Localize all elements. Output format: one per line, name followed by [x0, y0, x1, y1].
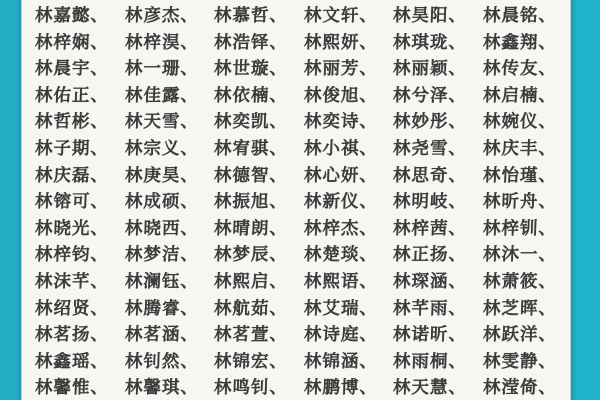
name-item: 林尧雪、 [393, 135, 468, 160]
name-item: 林鑫翔、 [483, 29, 558, 54]
name-item: 林佑正、 [35, 82, 110, 107]
names-panel: 林嘉懿、林彦杰、林慕哲、林文轩、林昊阳、林晨铭、林梓娴、林梓淏、林浩铎、林熙妍、… [21, 0, 571, 400]
name-item: 林昊阳、 [393, 2, 468, 27]
name-item: 林子期、 [35, 135, 110, 160]
name-item: 林丽芳、 [303, 55, 378, 80]
name-item: 林新仪、 [303, 188, 378, 213]
name-item: 林锦宏、 [214, 348, 289, 373]
name-row: 林镕可、林成硕、林振旭、林新仪、林明岐、林昕舟、 [35, 188, 557, 215]
name-item: 林楚琰、 [303, 241, 378, 266]
name-item: 林奕凯、 [214, 108, 289, 133]
name-item: 林馨琪、 [124, 374, 199, 399]
name-row: 林沫芊、林澜钰、林熙启、林熙语、林琛涵、林萧筱、 [35, 268, 557, 295]
name-item: 林晓光、 [35, 215, 110, 240]
name-item: 林佳露、 [124, 82, 199, 107]
name-item: 林熙妍、 [303, 29, 378, 54]
name-item: 林茗萱、 [214, 321, 289, 346]
name-item: 林梓钧、 [35, 241, 110, 266]
name-item: 林腾睿、 [124, 295, 199, 320]
name-item: 林航茹、 [214, 295, 289, 320]
name-row: 林馨惟、林馨琪、林鸣钊、林鹏博、林天慧、林滢倚、 [35, 374, 557, 400]
name-item: 林兮泽、 [393, 82, 468, 107]
name-item: 林心妍、 [303, 162, 378, 187]
name-item: 林德智、 [214, 162, 289, 187]
name-item: 林芊雨、 [393, 295, 468, 320]
name-item: 林妙彤、 [393, 108, 468, 133]
name-item: 林梓淏、 [124, 29, 199, 54]
name-row: 林绍贤、林腾睿、林航茹、林艾瑞、林芊雨、林芝晖、 [35, 295, 557, 322]
name-item: 林启楠、 [483, 82, 558, 107]
name-item: 林浩铎、 [214, 29, 289, 54]
name-row: 林庆磊、林庚昊、林德智、林心妍、林思奇、林怡瑾、 [35, 162, 557, 189]
name-item: 林梦辰、 [214, 241, 289, 266]
name-item: 林小祺、 [303, 135, 378, 160]
name-item: 林晴朗、 [214, 215, 289, 240]
name-item: 林俊旭、 [303, 82, 378, 107]
name-item: 林一珊、 [124, 55, 199, 80]
name-item: 林琪珑、 [393, 29, 468, 54]
name-item: 林琛涵、 [393, 268, 468, 293]
name-item: 林传友、 [483, 55, 558, 80]
name-item: 林澜钰、 [124, 268, 199, 293]
name-item: 林丽颖、 [393, 55, 468, 80]
name-row: 林茗扬、林茗涵、林茗萱、林诗庭、林诺昕、林跃洋、 [35, 321, 557, 348]
name-item: 林艾瑞、 [303, 295, 378, 320]
name-item: 林明岐、 [393, 188, 468, 213]
name-item: 林慕哲、 [214, 2, 289, 27]
name-item: 林昕舟、 [483, 188, 558, 213]
name-item: 林诗庭、 [303, 321, 378, 346]
name-item: 林文轩、 [303, 2, 378, 27]
name-item: 林镕可、 [35, 188, 110, 213]
name-item: 林梓杰、 [303, 215, 378, 240]
name-item: 林熙启、 [214, 268, 289, 293]
name-item: 林哲彬、 [35, 108, 110, 133]
name-item: 林馨惟、 [35, 374, 110, 399]
name-item: 林奕诗、 [303, 108, 378, 133]
name-item: 林婉仪、 [483, 108, 558, 133]
name-item: 林世璇、 [214, 55, 289, 80]
name-item: 林庆磊、 [35, 162, 110, 187]
page-background: 林嘉懿、林彦杰、林慕哲、林文轩、林昊阳、林晨铭、林梓娴、林梓淏、林浩铎、林熙妍、… [0, 0, 600, 400]
name-item: 林宗义、 [124, 135, 199, 160]
name-row: 林晨宇、林一珊、林世璇、林丽芳、林丽颖、林传友、 [35, 55, 557, 82]
name-item: 林依楠、 [214, 82, 289, 107]
name-row: 林梓钧、林梦洁、林梦辰、林楚琰、林正扬、林沐一、 [35, 241, 557, 268]
name-item: 林锦涵、 [303, 348, 378, 373]
name-item: 林晨宇、 [35, 55, 110, 80]
name-item: 林成硕、 [124, 188, 199, 213]
name-item: 林鹏博、 [303, 374, 378, 399]
name-item: 林钊然、 [124, 348, 199, 373]
name-item: 林梓娴、 [35, 29, 110, 54]
name-row: 林嘉懿、林彦杰、林慕哲、林文轩、林昊阳、林晨铭、 [35, 2, 557, 29]
name-item: 林滢倚、 [483, 374, 558, 399]
name-item: 林思奇、 [393, 162, 468, 187]
name-item: 林天雪、 [124, 108, 199, 133]
name-row: 林梓娴、林梓淏、林浩铎、林熙妍、林琪珑、林鑫翔、 [35, 29, 557, 56]
name-item: 林天慧、 [393, 374, 468, 399]
name-item: 林鑫瑶、 [35, 348, 110, 373]
name-item: 林雨桐、 [393, 348, 468, 373]
name-item: 林茗扬、 [35, 321, 110, 346]
name-row: 林哲彬、林天雪、林奕凯、林奕诗、林妙彤、林婉仪、 [35, 108, 557, 135]
name-item: 林嘉懿、 [35, 2, 110, 27]
name-item: 林宥骐、 [214, 135, 289, 160]
name-item: 林雯静、 [483, 348, 558, 373]
name-row: 林晓光、林晓西、林晴朗、林梓杰、林梓茜、林梓钏、 [35, 215, 557, 242]
name-row: 林鑫瑶、林钊然、林锦宏、林锦涵、林雨桐、林雯静、 [35, 348, 557, 375]
name-item: 林梓钏、 [483, 215, 558, 240]
name-item: 林熙语、 [303, 268, 378, 293]
name-item: 林晨铭、 [483, 2, 558, 27]
name-item: 林沐一、 [483, 241, 558, 266]
name-item: 林振旭、 [214, 188, 289, 213]
name-item: 林绍贤、 [35, 295, 110, 320]
name-item: 林晓西、 [124, 215, 199, 240]
name-item: 林怡瑾、 [483, 162, 558, 187]
name-item: 林跃洋、 [483, 321, 558, 346]
name-item: 林诺昕、 [393, 321, 468, 346]
name-row: 林子期、林宗义、林宥骐、林小祺、林尧雪、林庆丰、 [35, 135, 557, 162]
name-item: 林鸣钊、 [214, 374, 289, 399]
name-item: 林沫芊、 [35, 268, 110, 293]
name-item: 林梦洁、 [124, 241, 199, 266]
name-item: 林萧筱、 [483, 268, 558, 293]
name-item: 林彦杰、 [124, 2, 199, 27]
name-item: 林正扬、 [393, 241, 468, 266]
name-grid: 林嘉懿、林彦杰、林慕哲、林文轩、林昊阳、林晨铭、林梓娴、林梓淏、林浩铎、林熙妍、… [21, 2, 571, 400]
name-item: 林梓茜、 [393, 215, 468, 240]
name-item: 林庚昊、 [124, 162, 199, 187]
name-item: 林芝晖、 [483, 295, 558, 320]
name-item: 林庆丰、 [483, 135, 558, 160]
name-row: 林佑正、林佳露、林依楠、林俊旭、林兮泽、林启楠、 [35, 82, 557, 109]
name-item: 林茗涵、 [124, 321, 199, 346]
